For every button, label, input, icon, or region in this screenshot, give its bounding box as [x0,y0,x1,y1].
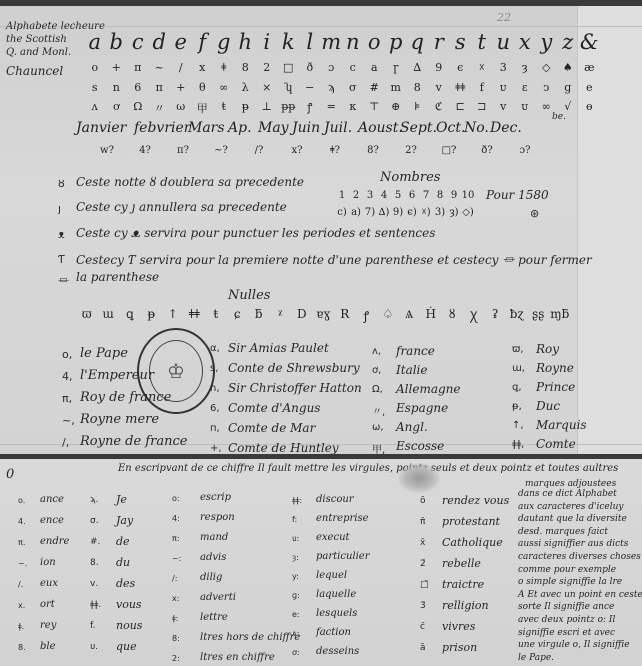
cipher-symbol: ʮ [278,81,300,94]
cipher-code: π: [172,534,180,543]
month-label: Sept. [400,120,436,136]
cipher-code: x̄ [420,538,425,548]
cipher-symbol: є [450,61,472,74]
cipher-code: ơ, [372,365,381,376]
cipher-symbol: ∆ [407,61,429,74]
country-name: Italie [396,363,428,377]
cipher-code: /: [172,574,177,583]
cipher-code: o: [172,494,180,503]
cipher-code: ᴜ: [292,534,299,543]
note-symbol: ᴥ [58,228,65,241]
cipher-code: c̄ [420,622,425,632]
cipher-code: ǂǂ: [292,496,302,505]
cipher-symbol: # [364,81,386,94]
cipher-symbol: f [471,81,493,94]
cipher-code: 3̄ [420,601,426,611]
side-note-line: dans ce dict Alphabet [518,489,617,499]
month-code: ɔ? [506,145,544,156]
month-label: Mars [188,120,228,136]
cipher-code: y: [292,572,299,581]
side-note-line: aux caracteres d'iceluy [518,502,624,512]
person-name: Sir Amias Paulet [228,341,329,355]
cipher-word: relligion [442,599,489,612]
cipher-ending: rey [40,620,56,631]
cipher-code: o. [18,496,25,505]
cipher-code: π. [18,538,25,547]
null-symbol: ʡ [485,307,507,324]
country-name: Espagne [396,401,448,415]
number-code: ȝ) [447,207,461,218]
month-label: Dec. [490,120,524,136]
note-symbol: ȷ [58,202,61,215]
alphabet-letter: t [471,30,493,54]
months-superscript: be. [552,112,566,122]
cipher-word: de [116,535,130,548]
cipher-symbol: + [106,61,128,74]
cipher-symbol: ω [170,100,192,116]
cipher-code: ǂǂ, [512,439,524,450]
cipher-word: respon [200,512,235,523]
alphabet-letter: l [299,30,321,54]
cipher-ending: endre [40,536,69,547]
cipher-symbol: a [364,61,386,74]
month-label: May [258,120,292,136]
side-note-line: A Et avec un point en ceste [518,590,642,600]
cipher-symbol: ɼ [385,61,407,74]
cipher-code: ω, [372,422,384,433]
null-symbol: ŧ [205,307,227,324]
null-symbol: R [334,307,356,324]
cipher-symbol: ☓ [471,61,493,74]
month-label: Juil. [324,120,358,136]
cipher-code: α, [210,343,220,354]
cipher-code: ϖ, [512,344,524,355]
month-code: 2? [392,145,430,156]
number-code: ☓) [419,207,433,218]
title-name: Roy [536,342,559,356]
cipher-symbol: ꝭ [299,100,321,116]
null-symbol: ɕ [227,307,249,324]
cipher-symbol: æ [579,61,601,74]
cipher-code: s, [210,363,218,374]
month-code: 4? [126,145,164,156]
number-digit: 8 [433,190,447,201]
alphabet-letter: d [149,30,171,54]
cipher-symbol: ᵽ [235,100,257,116]
cipher-ending: ort [40,599,55,610]
cipher-code: /. [18,580,23,589]
cipher-symbol: ɔ [321,61,343,74]
month-code: π? [164,145,202,156]
number-digit: 5 [391,190,405,201]
cipher-code: ʌ: [292,629,299,638]
cipher-code: ʌ, [372,346,381,357]
alphabet-letter: i [256,30,278,54]
cipher-code: x: [172,594,179,603]
cipher-code: 8. [18,643,26,652]
cipher-word: vivres [442,620,475,633]
cipher-code: /, [62,436,69,449]
month-code: ǂ? [316,145,354,156]
month-code: x? [278,145,316,156]
cipher-row-3: ʌơΩ〃ω甲ŧᵽ⊥ᵽᵽꝭ=ᴋ⊤⊕⊧ℭ⊏⊐vᴜ∞√ɵ [84,100,600,116]
cipher-symbol: ⊏ [450,100,472,116]
cipher-symbol: 甲 [192,100,214,116]
cipher-code: ǂ: [172,614,178,623]
page-number: 22 [497,11,511,24]
person-name: Comte de Mar [228,421,315,435]
cipher-code: 8. [90,558,99,568]
side-note-line: caracteres diverses choses [518,552,641,562]
month-code: ð? [468,145,506,156]
cipher-word: escrip [200,492,231,503]
note-text: la parenthese [76,270,159,284]
cipher-word: vous [116,598,142,611]
note-text: Ceste cy ᴥ servira pour punctuer les per… [76,226,435,240]
cipher-word: advis [200,552,226,563]
alphabet-letter: & [579,30,601,54]
cipher-symbol: 9 [428,61,450,74]
title-name: Royne [536,361,574,375]
cipher-code: π, [62,392,72,405]
note-text: Ceste notte ȣ doublera sa precedente [76,175,304,189]
cipher-symbol: 6 [127,81,149,94]
month-code: 8? [354,145,392,156]
cipher-sheet-bottom: 0 En escripvant de ce chiffre Il fault m… [0,459,642,666]
null-symbol: Ꭓ [463,307,485,324]
cipher-code: ȝ: [292,553,299,562]
months-row: JanvierfebvrierMarsAp.MayJuinJuil.Aoust.… [76,120,524,136]
cipher-symbol: 8 [235,61,257,74]
cipher-symbol: ↄ [536,81,558,94]
null-symbol: ɱƃ [549,307,571,324]
cipher-code: ɡ: [292,591,300,600]
cipher-sheet-top: Alphabete lecheure the Scottish Q. and M… [0,6,642,454]
cipher-symbol: ⊕ [385,100,407,116]
null-symbol: ↑ [162,307,184,324]
cipher-code: x. [18,601,25,610]
cipher-symbol: ᴠ [428,81,450,94]
null-symbol: ᵽ [141,307,163,324]
cipher-symbol: ℭ [428,100,450,116]
alphabet-letter: p [385,30,407,54]
number-code: є) [405,207,419,218]
cipher-symbol: ȝ [514,61,536,74]
cipher-word: laquelle [316,589,356,600]
cipher-symbol: + [170,81,192,94]
person-name: Royne mere [80,412,159,427]
side-note-line: o simple signiffie la lre [518,577,622,587]
alphabet-letter: h [235,30,257,54]
numbers-codes: c)a)7)∆)9)є)☓)3)ȝ)◇) [335,207,475,218]
title-name: Comte [536,437,576,451]
cipher-symbol: ɵ [579,100,601,116]
cipher-symbol: m [385,81,407,94]
cipher-symbol: 3 [493,61,515,74]
cipher-code: π̄ [420,517,425,527]
number-digit: 3 [363,190,377,201]
cipher-symbol: ŧ [213,100,235,116]
cipher-word: discour [316,494,354,505]
side-note-line: marques adjoustees [525,479,616,489]
month-label: No. [464,120,490,136]
null-symbol: D [291,307,313,324]
cipher-code: +, [210,443,222,454]
country-name: Escosse [396,439,444,453]
side-note-line: dautant que la diversite [518,514,627,524]
alphabet-letter: f [192,30,214,54]
note-text: Ceste cy ȷ annullera sa precedente [76,200,287,214]
cipher-symbol: c [342,61,364,74]
year-code: ⊛ [530,207,539,220]
cipher-word: prison [442,641,477,654]
cipher-word: Catholique [442,536,503,549]
null-symbol: ɐɣ [313,307,335,324]
cipher-word: faction [316,627,351,638]
month-code: □? [430,145,468,156]
side-note-line: desd. marques faict [518,527,608,537]
month-label: febvrier [134,120,188,136]
alphabet-letter: b [106,30,128,54]
cipher-code: 〃, [372,403,385,418]
side-note-line: aussi signiffier aus dicts [518,539,628,549]
cipher-code: e: [292,610,300,619]
side-note-line: sorte Il signiffie ance [518,602,614,612]
cipher-word: Jay [116,514,133,527]
country-name: france [396,344,435,358]
cipher-word: dilig [200,572,222,583]
numbers-digits: 12345678910 [335,190,475,201]
cipher-code: #. [90,537,100,547]
title-name: Prince [536,380,575,394]
cipher-word: du [116,556,130,569]
cipher-symbol: / [170,61,192,74]
cipher-symbol: 2 [256,61,278,74]
cipher-symbol: ⊐ [471,100,493,116]
title-name: Marquis [536,418,587,432]
cipher-symbol: o [84,61,106,74]
alphabet-letter: n [342,30,364,54]
person-name: Conte de Shrewsbury [228,361,360,375]
title-name: Duc [536,399,560,413]
cipher-symbol: ɛ [514,81,536,94]
nulles-title: Nulles [228,288,270,303]
alphabet-letter: s [450,30,472,54]
cipher-code: σ. [90,516,99,526]
month-code: ~? [202,145,240,156]
cipher-word: nous [116,619,142,632]
cipher-code: o, [62,348,72,361]
cipher-code: ǂǂ. [90,600,101,610]
cipher-code: 4: [172,514,180,523]
alphabet-letter: c [127,30,149,54]
cipher-code: ~: [172,554,181,563]
cipher-symbol: s [84,81,106,94]
cipher-symbol: ɡ [557,81,579,94]
crown-icon: ♔ [167,359,185,383]
alphabet-letter: a [84,30,106,54]
side-note-line: une virgule o, Il signiffie [518,640,630,650]
cipher-word: que [116,640,137,653]
person-name: Royne de france [80,434,187,449]
alphabet-letter: g [213,30,235,54]
cipher-symbol: e [579,81,601,94]
cipher-ending: ence [40,515,64,526]
alphabet-letter: k [278,30,300,54]
cipher-symbol: − [299,81,321,94]
cipher-word: protestant [442,515,500,528]
side-note-line: signiffie escri et avec [518,628,615,638]
cipher-symbol: ϡ [321,81,343,94]
number-digit: 4 [377,190,391,201]
number-digit: 1 [335,190,349,201]
person-name: Comte d'Angus [228,401,320,415]
cipher-word: rebelle [442,557,481,570]
cipher-word: ltres en chiffre [200,652,275,663]
cipher-code: 4. [18,517,26,526]
cipher-code: ~, [62,414,75,427]
month-label: Aoust. [358,120,400,136]
alphabet-letter: x [514,30,536,54]
number-code: 3) [433,207,447,218]
side-note-line: comme pour exemple [518,565,616,575]
cipher-ending: ion [40,557,56,568]
cipher-word: lesquels [316,608,357,619]
cipher-symbol: n [106,81,128,94]
cipher-code: ᵽ, [512,401,522,412]
note-text: Cestecy Ƭ servira pour la premiere notte… [76,251,592,268]
cipher-word: mand [200,532,228,543]
cipher-symbol: ᴋ [342,100,364,116]
alphabet-row: abcdefghiklmnopqrstuxyz& [84,30,600,54]
cipher-symbol: п [149,81,171,94]
cipher-word: rendez vous [442,494,509,507]
cipher-symbol: ǂ [213,61,235,74]
ink-stain [398,463,440,493]
cipher-symbol: ∞ [213,81,235,94]
cipher-word: particulier [316,551,370,562]
person-name: l'Empereur [80,368,154,383]
country-name: Allemagne [396,382,461,396]
cipher-code: п, [210,423,220,434]
note-symbol: ȣ [58,177,65,190]
cipher-word: lettre [200,612,228,623]
number-code: 9) [391,207,405,218]
null-symbol: ϖ [76,307,98,324]
numbers-title: Nombres [380,170,440,185]
month-label: Juin [292,120,324,136]
null-symbol: ♤ [377,307,399,324]
cipher-code: □̄ [420,580,429,590]
number-digit: 7 [419,190,433,201]
note-symbol: ⏛ [58,272,69,288]
cipher-symbol: Ω [127,100,149,116]
cipher-code: 甲, [372,441,385,454]
cipher-word: desseins [316,646,359,657]
cipher-code: 2: [172,654,180,663]
null-symbol: ʂʂ [528,307,550,324]
instruction-header: En escripvant de ce chiffre Il fault met… [118,463,618,474]
month-label: Oct. [436,120,464,136]
cipher-code: 2̄ [420,559,426,569]
alphabet-letter: u [493,30,515,54]
cipher-ending: ble [40,641,56,652]
cipher-word: des [116,577,135,590]
cipher-word: execut [316,532,350,543]
null-symbol: Ѧ [399,307,421,324]
cipher-code: ϡ. [90,495,99,505]
cipher-symbol: x [192,61,214,74]
cipher-code: ǂ. [18,622,24,631]
alphabet-letter: z [557,30,579,54]
alphabet-letter: q [407,30,429,54]
cipher-code: ā [420,643,426,653]
cipher-code: ᴠ. [90,579,98,589]
null-symbol: ꝗ [119,307,141,324]
number-digit: 2 [349,190,363,201]
person-name: Sir Christoffer Hatton [228,381,362,395]
cipher-word: entreprise [316,513,369,524]
cipher-code: ~. [18,559,27,568]
cipher-ending: ance [40,494,64,505]
cipher-word: Je [116,493,127,506]
null-symbol: ɯ [98,307,120,324]
person-name: Comte de Huntley [228,441,339,454]
month-codes-row: w?4?π?~?/?x?ǂ?8?2?□?ð?ɔ? [88,145,544,156]
side-note-line: avec deux pointz o: Il [518,615,615,625]
person-name: le Pape [80,346,128,361]
cipher-code: ᴜ. [90,642,98,652]
null-symbol: ꝭ [356,307,378,324]
note-symbol: Ƭ [58,253,65,266]
alphabet-letter: o [364,30,386,54]
margin-mark: 0 [6,467,14,482]
cipher-word: lequel [316,570,347,581]
country-name: Angl. [396,420,428,434]
cipher-code: 8: [172,634,180,643]
cipher-symbol: □ [278,61,300,74]
cipher-code: f: [292,515,297,524]
number-code: 7) [363,207,377,218]
cipher-symbol: ⊧ [407,100,429,116]
number-code: a) [349,207,363,218]
cipher-code: ꝗ, [512,382,522,393]
number-code: ∆) [377,207,391,218]
cipher-symbol: ᵽᵽ [278,100,300,116]
cipher-symbol: ʌ [84,100,106,116]
null-symbol: ƀɀ [506,307,528,324]
cipher-symbol: ᴜ [493,81,515,94]
cipher-word: ltres hors de chiffre [200,632,300,643]
cipher-symbol: λ [235,81,257,94]
alphabet-letter: e [170,30,192,54]
cipher-symbol: ◇ [536,61,558,74]
number-digit: 10 [461,190,475,201]
cipher-code: ō [420,496,426,506]
number-digit: 9 [447,190,461,201]
month-label: Janvier [76,120,134,136]
null-symbol: Ḣ [420,307,442,324]
number-code: ◇) [461,207,475,218]
cipher-symbol: ⊤ [364,100,386,116]
cipher-word: traictre [442,578,484,591]
month-label: Ap. [228,120,258,136]
cipher-row-2: sn6п+θ∞λ×ʮ−ϡσ#m8ᴠǂǂfᴜɛↄɡe [84,81,600,94]
alphabet-letter: r [428,30,450,54]
cipher-symbol: σ [342,81,364,94]
alphabet-letter: y [536,30,558,54]
cipher-symbol: ⊥ [256,100,278,116]
